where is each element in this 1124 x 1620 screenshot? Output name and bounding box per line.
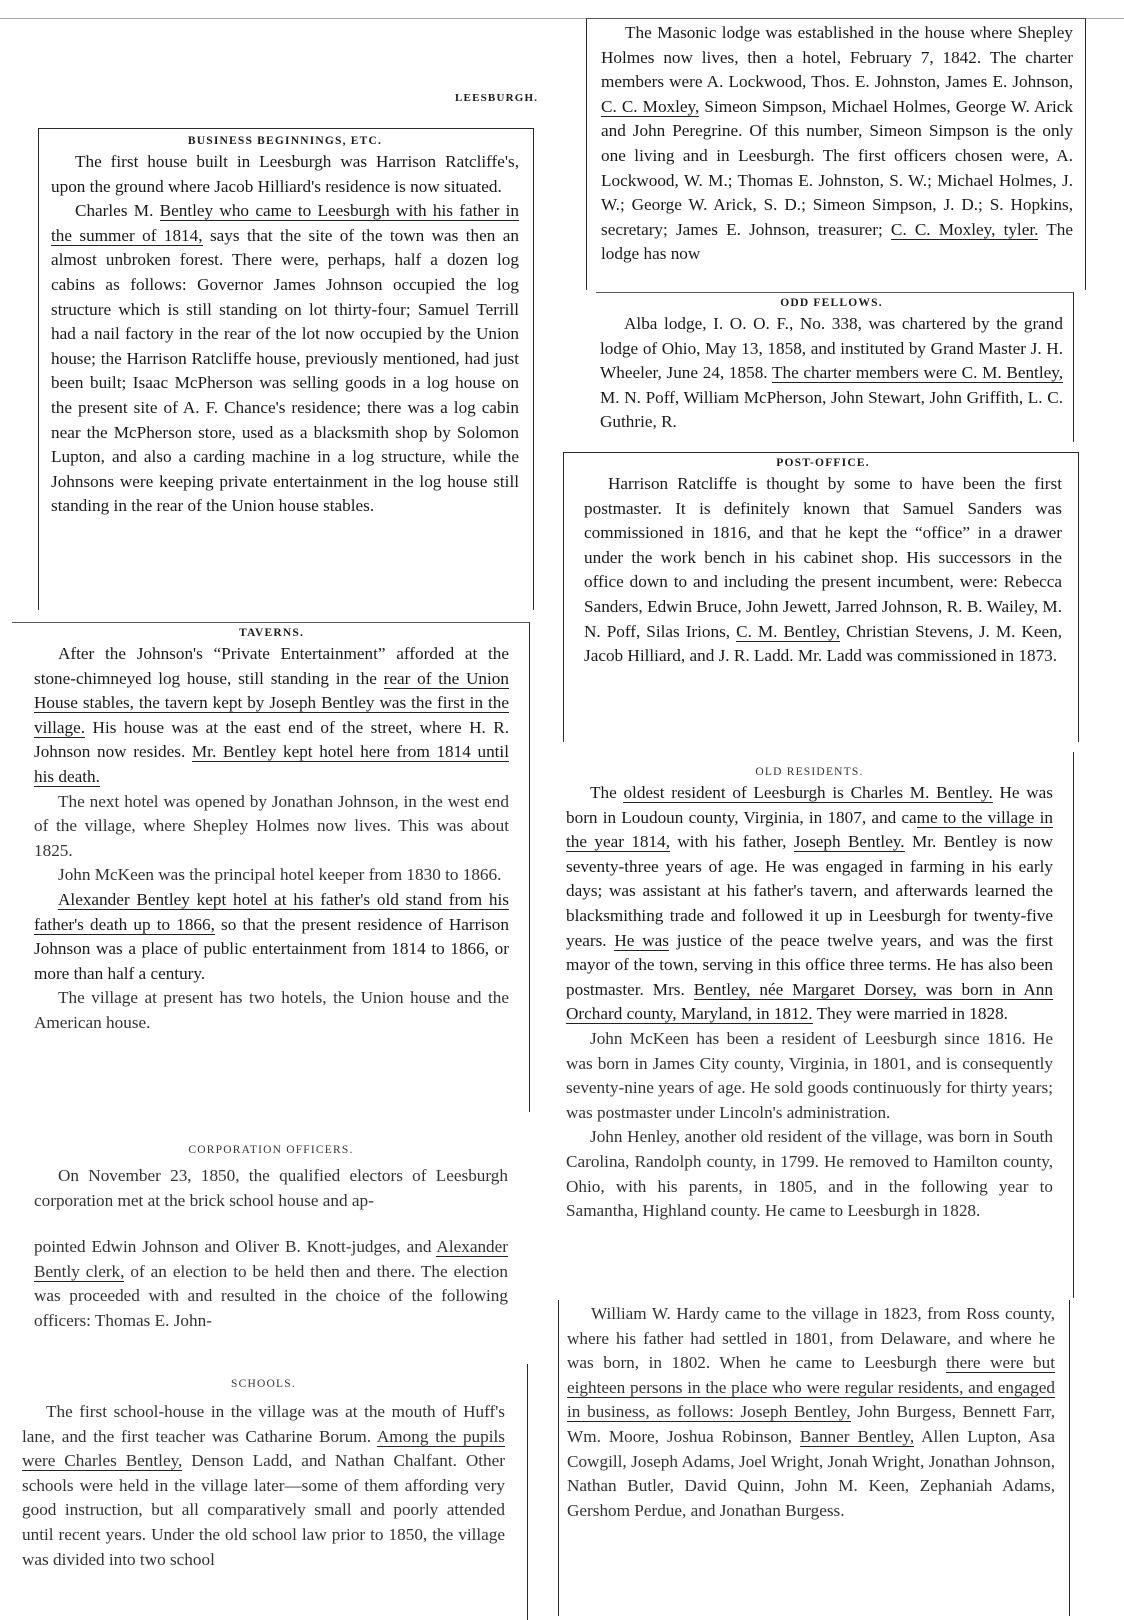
paragraph: pointed Edwin Johnson and Oliver B. Knot…	[34, 1235, 508, 1333]
paragraph: The next hotel was opened by Jonathan Jo…	[34, 790, 509, 864]
paragraph: The oldest resident of Leesburgh is Char…	[566, 781, 1053, 1027]
clipping-masonic-lodge: The Masonic lodge was established in the…	[586, 18, 1086, 290]
section-heading: ODD FELLOWS.	[600, 297, 1063, 309]
underlined-passage: C. M. Bentley,	[736, 622, 840, 642]
paragraph: The village at present has two hotels, t…	[34, 986, 509, 1035]
clipping-post-office: POST-OFFICE. Harrison Ratcliffe is thoug…	[563, 452, 1079, 742]
underlined-passage: oldest resident of Leesburgh is Charles …	[623, 783, 992, 803]
underlined-passage: The charter members were C. M. Bentley,	[772, 363, 1063, 383]
clipping-william-hardy: William W. Hardy came to the village in …	[558, 1300, 1070, 1616]
clipping-business-beginnings: BUSINESS BEGINNINGS, ETC. The first hous…	[38, 128, 534, 610]
paragraph: John McKeen has been a resident of Leesb…	[566, 1027, 1053, 1125]
section-heading: CORPORATION OFFICERS.	[34, 1144, 508, 1156]
underlined-passage: Banner Bentley,	[800, 1427, 914, 1447]
section-heading: POST-OFFICE.	[584, 457, 1062, 469]
paragraph: After the Johnson's “Private Entertainme…	[34, 642, 509, 790]
clipping-odd-fellows: ODD FELLOWS. Alba lodge, I. O. O. F., No…	[596, 292, 1074, 442]
paragraph: Harrison Ratcliffe is thought by some to…	[584, 472, 1062, 669]
clipping-schools: SCHOOLS. The first school-house in the v…	[14, 1364, 528, 1620]
underlined-passage: Joseph Bentley.	[794, 832, 905, 852]
paragraph: On November 23, 1850, the qualified elec…	[34, 1164, 508, 1213]
paragraph: The Masonic lodge was established in the…	[601, 21, 1073, 267]
clipping-old-residents: OLD RESIDENTS. The oldest resident of Le…	[566, 752, 1074, 1298]
paragraph: The first school-house in the village wa…	[22, 1400, 505, 1572]
underlined-passage: He was	[614, 931, 669, 951]
paragraph: John Henley, another old resident of the…	[566, 1125, 1053, 1223]
paragraph: John McKeen was the principal hotel keep…	[34, 863, 509, 888]
paragraph: Charles M. Bentley who came to Leesburgh…	[51, 199, 519, 519]
underlined-passage: C. C. Moxley,	[601, 97, 699, 117]
running-head: LEESBURGH.	[455, 92, 538, 104]
paragraph: Alba lodge, I. O. O. F., No. 338, was ch…	[600, 312, 1063, 435]
clipping-corporation-officers: CORPORATION OFFICERS. On November 23, 18…	[22, 1112, 530, 1352]
clipping-taverns: TAVERNS. After the Johnson's “Private En…	[12, 622, 530, 1112]
underlined-passage: C. C. Moxley, tyler.	[891, 220, 1039, 240]
section-heading: TAVERNS.	[34, 627, 509, 639]
paragraph: William W. Hardy came to the village in …	[567, 1302, 1055, 1523]
section-heading: OLD RESIDENTS.	[566, 766, 1053, 778]
paragraph: The first house built in Leesburgh was H…	[51, 150, 519, 199]
section-heading: SCHOOLS.	[22, 1378, 505, 1390]
paragraph: Alexander Bentley kept hotel at his fath…	[34, 888, 509, 986]
section-heading: BUSINESS BEGINNINGS, ETC.	[51, 135, 519, 147]
